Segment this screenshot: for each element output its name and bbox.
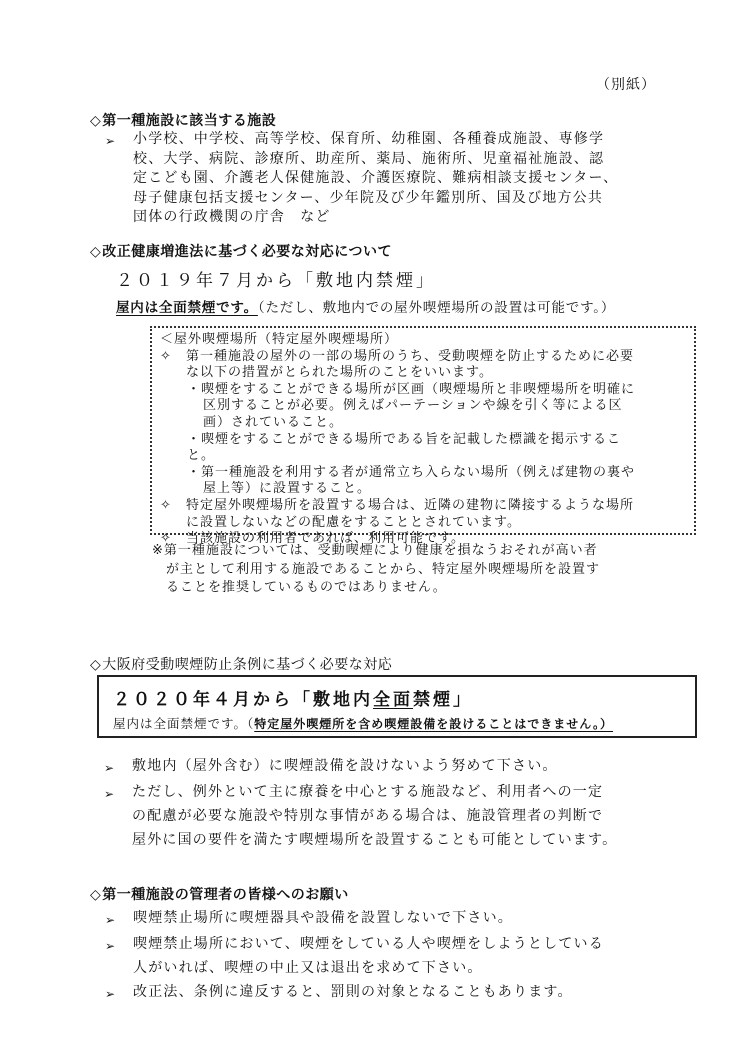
section3-list: ➢ 敷地内（屋外含む）に喫煙設備を設けないよう努めて下さい。 ➢ ただし、例外と… [104,754,617,852]
box-line: な以下の措置がとられた場所のことをいいます。 [186,365,634,382]
section4-heading: ◇第一種施設の管理者の皆様へのお願い [90,884,349,904]
indoor-text: 屋内は全面禁煙です。 [113,716,247,731]
list-item: ➢ 敷地内（屋外含む）に喫煙設備を設けないよう努めて下さい。 [104,754,617,780]
list-item: ➢ 小学校、中学校、高等学校、保育所、幼稚園、各種養成施設、専修学 校、大学、病… [105,130,618,228]
box-line: ・喫煙をすることができる場所である旨を記載した標識を掲示するこ [195,432,684,449]
sparkle-bullet-icon: ✧ [160,349,186,382]
box-subitem: ・喫煙をすることができる場所である旨を記載した標識を掲示するこ と。 [160,432,684,465]
sparkle-bullet-icon: ✧ [160,498,186,531]
section4-heading-text: 第一種施設の管理者の皆様へのお願い [102,887,349,903]
arrow-bullet-icon: ➢ [105,906,133,932]
arrow-bullet-icon: ➢ [105,932,133,980]
arrow-bullet-icon: ➢ [105,130,133,228]
title-underlined: 全面 [373,690,413,710]
list-item: ➢ 喫煙禁止場所において、喫煙をしている人や喫煙をしようとしている 人がいれば、… [105,932,604,980]
indoor-underlined: 特定屋外喫煙所を含め喫煙設備を設けることはできません。） [254,717,613,731]
section2-heading-text: 改正健康増進法に基づく必要な対応について [102,244,392,260]
list-text: ただし、例外といて主に療養を中心とする施設など、利用者への一定 [132,780,617,804]
diamond-icon: ◇ [90,657,101,673]
section2-note: ※第一種施設については、受動喫煙により健康を損なうおそれが高い者 が主として利用… [152,542,600,598]
list-item: ➢ 改正法、条例に違反すると、罰則の対象となることもあります。 [105,980,604,1006]
list-text: の配慮が必要な施設や特別な事情がある場合は、施設管理者の判断で [132,804,617,828]
list-text: 人がいれば、喫煙の中止又は退出を求めて下さい。 [133,956,604,980]
list-item: ➢ 喫煙禁止場所に喫煙器具や設備を設置しないで下さい。 [105,906,604,932]
osaka-ordinance-box: ２０２０年４月から「敷地内全面禁煙」 屋内は全面禁煙です。（特定屋外喫煙所を含め… [97,675,697,738]
list-text: 屋外に国の要件を満たす喫煙場所を設置することも可能としています。 [132,828,617,852]
outdoor-smoking-area-box: ＜屋外喫煙場所（特定屋外喫煙場所） ✧ 第一種施設の屋外の一部の場所のうち、受動… [150,326,696,535]
title-text: 禁煙」 [413,690,473,710]
title-text: ２０２０年４月から「敷地内 [113,690,373,710]
diamond-icon: ◇ [90,113,101,129]
note-line: ることを推奨しているものではありません。 [152,579,600,598]
facility-line: 団体の行政機関の庁舎 など [133,208,618,228]
facility-line: 校、大学、病院、診療所、助産所、薬局、施術所、児童福祉施設、認 [133,150,618,170]
section3-indoor: 屋内は全面禁煙です。（特定屋外喫煙所を含め喫煙設備を設けることはできません。） [113,714,613,732]
section1-heading: ◇第一種施設に該当する施設 [90,110,276,130]
list-text: 改正法、条例に違反すると、罰則の対象となることもあります。 [133,980,573,1006]
box-line: と。 [187,448,684,465]
section2-heading: ◇改正健康増進法に基づく必要な対応について [90,241,392,261]
box-item: ✧ 特定屋外喫煙場所を設置する場合は、近隣の建物に隣接するような場所 に設置しな… [160,498,684,531]
diamond-icon: ◇ [90,244,101,260]
section1-heading-text: 第一種施設に該当する施設 [102,113,276,129]
arrow-bullet-icon: ➢ [105,980,133,1006]
section3-heading: ◇大阪府受動喫煙防止条例に基づく必要な対応 [90,654,392,674]
box-line: ・喫煙をすることができる場所が区画（喫煙場所と非喫煙場所を明確に [195,382,684,399]
box-line: ・第一種施設を利用する者が通常立ち入らない場所（例えば建物の裏や [195,465,684,482]
box-subitem: ・第一種施設を利用する者が通常立ち入らない場所（例えば建物の裏や 屋上等）に設置… [160,465,684,498]
annex-label: （別紙） [596,74,656,94]
diamond-icon: ◇ [90,887,101,903]
section2-title: ２０１９年７月から「敷地内禁煙」 [116,266,436,291]
section1-list: ➢ 小学校、中学校、高等学校、保育所、幼稚園、各種養成施設、専修学 校、大学、病… [105,130,618,228]
indoor-note: （ただし、敷地内での屋外喫煙場所の設置は可能です。） [258,300,615,316]
arrow-bullet-icon: ➢ [104,754,132,780]
box-title: ＜屋外喫煙場所（特定屋外喫煙場所） [160,332,684,349]
section2-indoor: 屋内は全面禁煙です。（ただし、敷地内での屋外喫煙場所の設置は可能です。） [116,296,615,316]
facility-line: 小学校、中学校、高等学校、保育所、幼稚園、各種養成施設、専修学 [133,130,618,150]
box-subitem: ・喫煙をすることができる場所が区画（喫煙場所と非喫煙場所を明確に 区別することが… [160,382,684,432]
box-line: 屋上等）に設置すること。 [195,481,684,498]
section4-list: ➢ 喫煙禁止場所に喫煙器具や設備を設置しないで下さい。 ➢ 喫煙禁止場所において… [105,906,604,1006]
section3-heading-text: 大阪府受動喫煙防止条例に基づく必要な対応 [102,657,392,673]
list-text: 敷地内（屋外含む）に喫煙設備を設けないよう努めて下さい。 [132,754,558,780]
box-item: ✧ 第一種施設の屋外の一部の場所のうち、受動喫煙を防止するために必要 な以下の措… [160,349,684,382]
box-line: 区別することが必要。例えばパーテーションや線を引く等による区 [195,398,684,415]
box-line: 特定屋外喫煙場所を設置する場合は、近隣の建物に隣接するような場所 [186,498,634,515]
box-line: 画）されていること。 [195,415,684,432]
box-line: 第一種施設の屋外の一部の場所のうち、受動喫煙を防止するために必要 [186,349,634,366]
facility-line: 定こども園、介護老人保健施設、介護医療院、難病相談支援センター、 [133,169,618,189]
section3-title: ２０２０年４月から「敷地内全面禁煙」 [113,685,473,710]
indoor-full-ban: 屋内は全面禁煙です。 [116,300,258,316]
facility-line: 母子健康包括支援センター、少年院及び少年鑑別所、国及び地方公共 [133,189,618,209]
box-line: に設置しないなどの配慮をすることとされています。 [186,515,634,532]
note-line: が主として利用する施設であることから、特定屋外喫煙場所を設置す [152,561,600,580]
list-text: 喫煙禁止場所において、喫煙をしている人や喫煙をしようとしている [133,932,604,956]
list-item: ➢ ただし、例外といて主に療養を中心とする施設など、利用者への一定 の配慮が必要… [104,780,617,852]
arrow-bullet-icon: ➢ [104,780,132,852]
list-text: 喫煙禁止場所に喫煙器具や設備を設置しないで下さい。 [133,906,513,932]
note-line: ※第一種施設については、受動喫煙により健康を損なうおそれが高い者 [152,542,600,561]
